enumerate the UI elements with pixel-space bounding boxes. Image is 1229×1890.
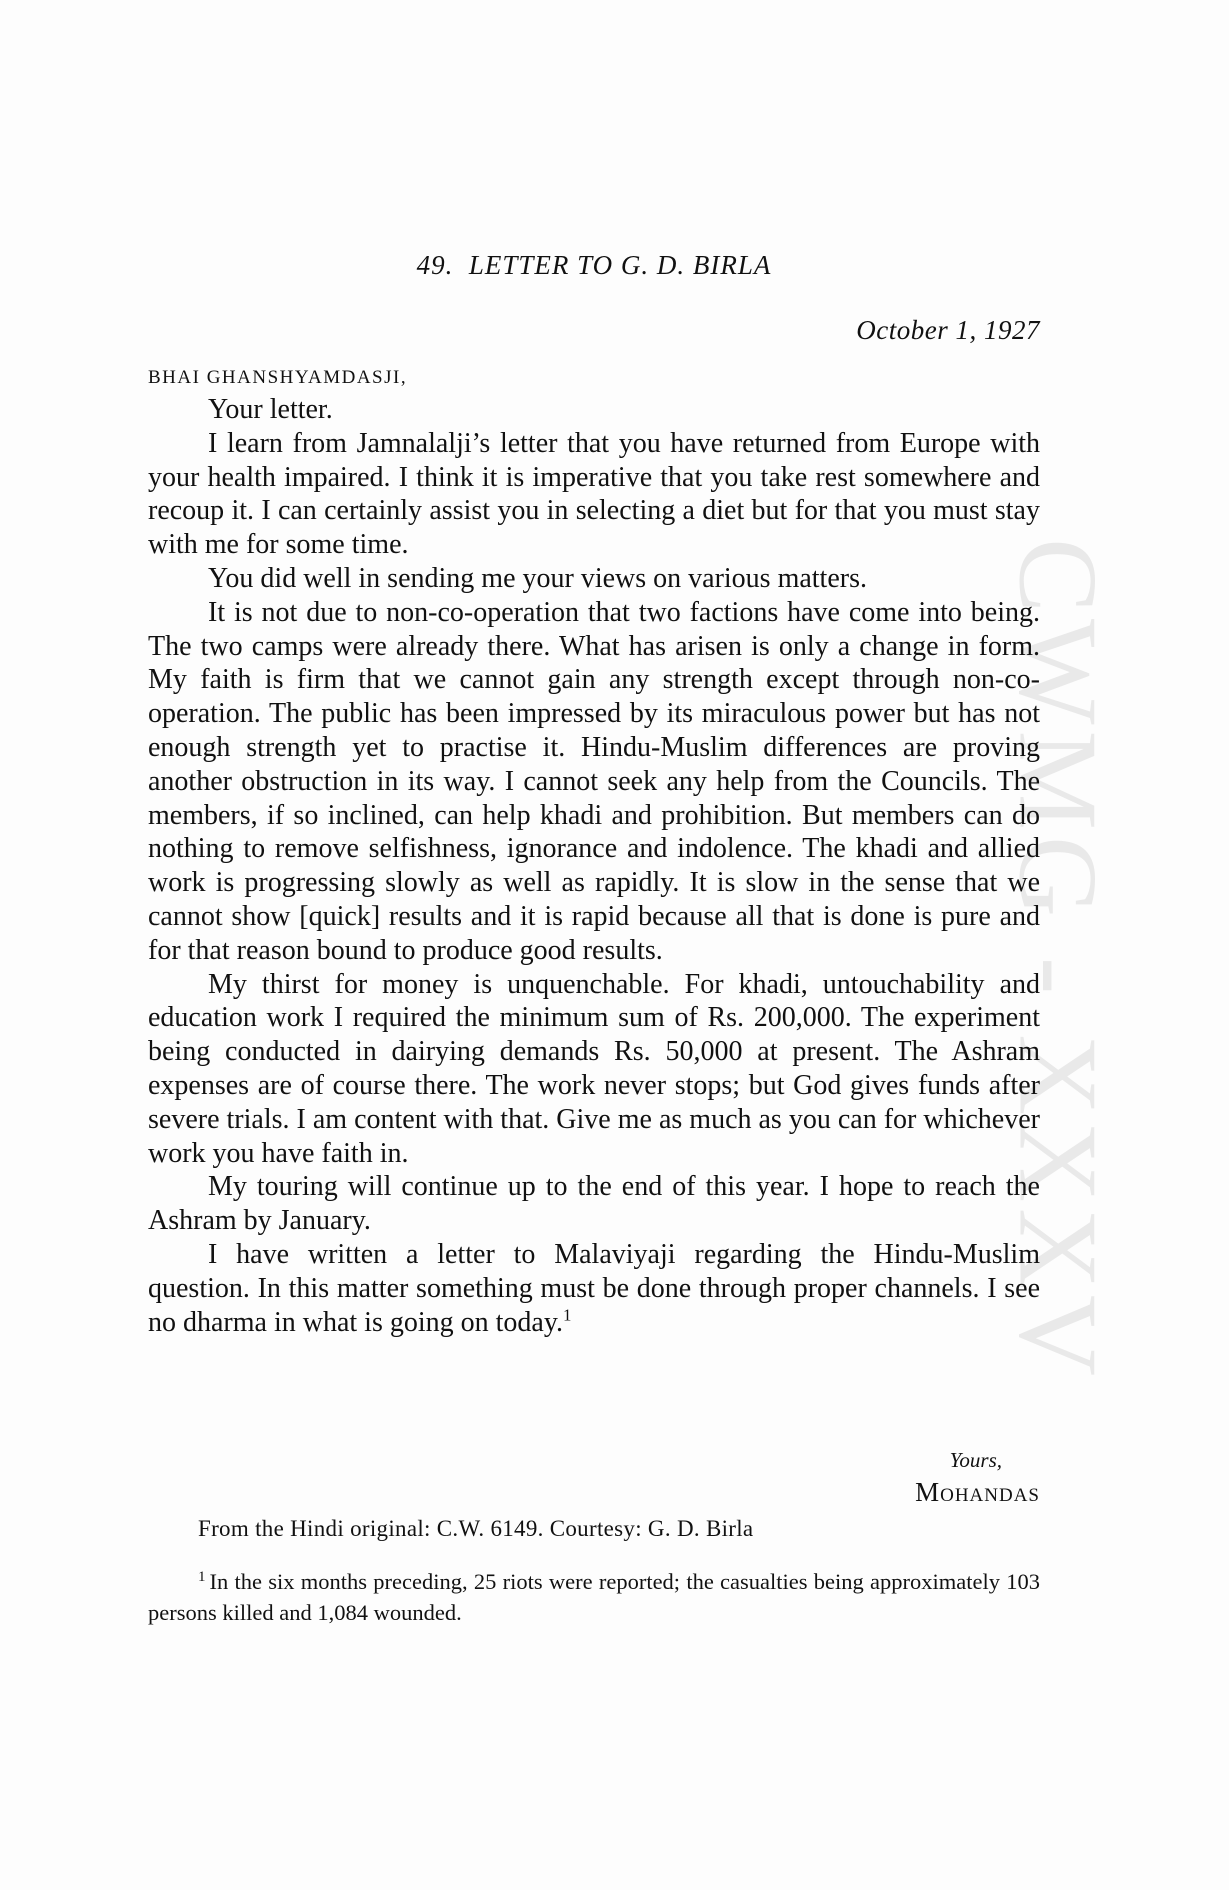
footnote: 1In the six months preceding, 25 riots w… (148, 1566, 1040, 1628)
document-title: 49. LETTER TO G. D. BIRLA (148, 250, 1040, 281)
signature: Mohandas (915, 1477, 1040, 1508)
paragraph: You did well in sending me your views on… (148, 562, 1040, 596)
paragraph-text: I have written a letter to Malaviyaji re… (148, 1239, 1040, 1338)
paragraph: My thirst for money is unquenchable. For… (148, 968, 1040, 1171)
closing-phrase: Yours, (915, 1448, 1002, 1473)
footnote-mark: 1 (198, 1569, 206, 1585)
footnote-text: In the six months preceding, 25 riots we… (148, 1569, 1040, 1625)
closing-block: Yours, Mohandas (915, 1448, 1040, 1508)
salutation: Bhai Ghanshyamdasji, (148, 367, 407, 389)
paragraph: It is not due to non-co-operation that t… (148, 596, 1040, 968)
letter-date: October 1, 1927 (856, 315, 1040, 346)
paragraph: My touring will continue up to the end o… (148, 1170, 1040, 1238)
letter-body: Your letter. I learn from Jamnalalji’s l… (148, 393, 1040, 1339)
source-note: From the Hindi original: C.W. 6149. Cour… (198, 1516, 753, 1542)
footnote-reference[interactable]: 1 (563, 1305, 572, 1324)
paragraph: Your letter. (148, 393, 1040, 427)
paragraph-last: I have written a letter to Malaviyaji re… (148, 1238, 1040, 1339)
paragraph: I learn from Jamnalalji’s letter that yo… (148, 427, 1040, 562)
